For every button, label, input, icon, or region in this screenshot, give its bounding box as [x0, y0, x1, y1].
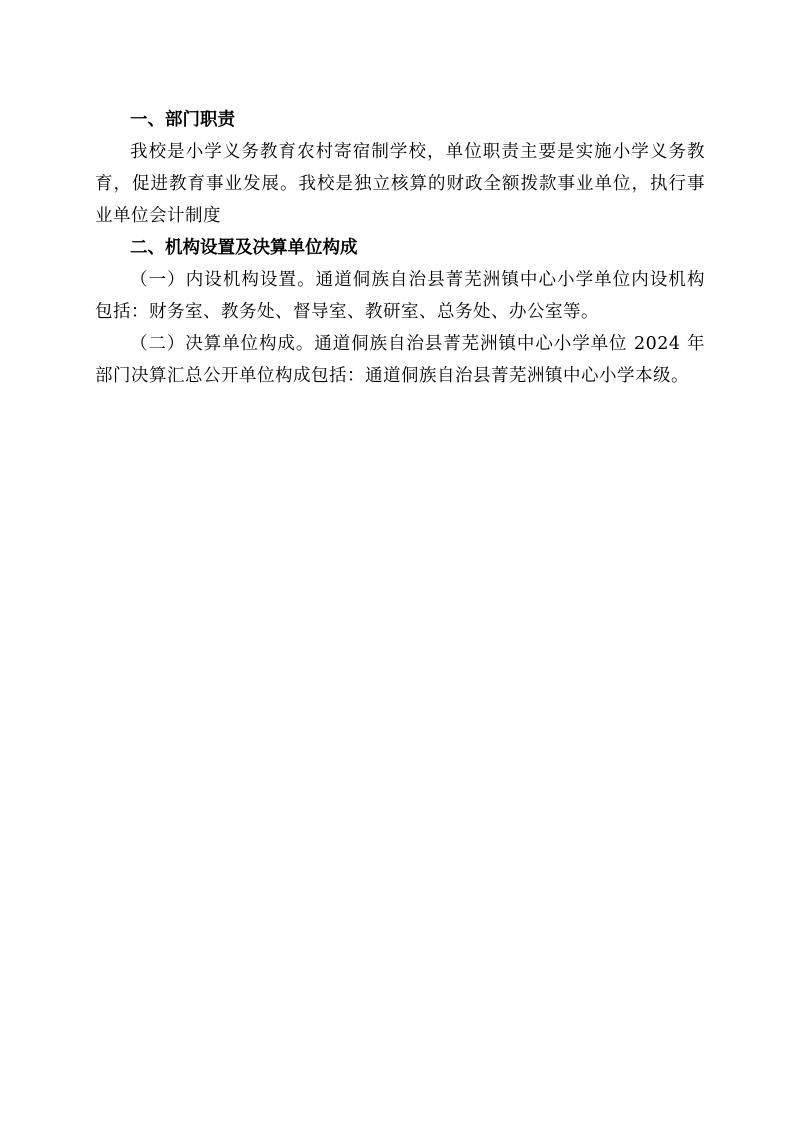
document-page: 一、部门职责 我校是小学义务教育农村寄宿制学校，单位职责主要是实施小学义务教育，…: [95, 104, 705, 392]
paragraph-accounting-units: （二）决算单位构成。通道侗族自治县菁芜洲镇中心小学单位 2024 年部门决算汇总…: [95, 328, 705, 392]
paragraph-duties: 我校是小学义务教育农村寄宿制学校，单位职责主要是实施小学义务教育，促进教育事业发…: [95, 136, 705, 232]
section-heading-structure: 二、机构设置及决算单位构成: [95, 232, 705, 264]
section-heading-duties: 一、部门职责: [95, 104, 705, 136]
paragraph-internal-structure: （一）内设机构设置。通道侗族自治县菁芜洲镇中心小学单位内设机构包括：财务室、教务…: [95, 264, 705, 328]
